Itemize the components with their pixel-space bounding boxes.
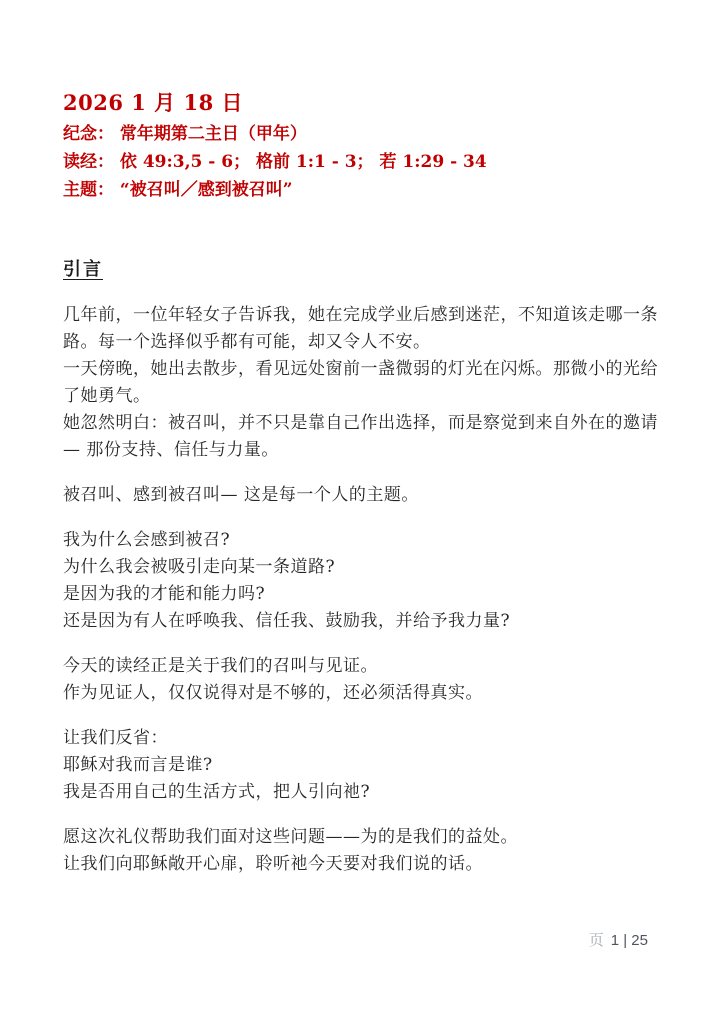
- intro-paragraph: 我为什么会感到被召? 为什么我会被吸引走向某一条道路? 是因为我的才能和能力吗?…: [63, 527, 665, 635]
- section-heading-text: 引言: [63, 259, 103, 280]
- document-page: 2026 1 月 18 日 纪念： 常年期第二主日（甲年） 读经： 依 49:3…: [0, 0, 724, 1024]
- intro-paragraph: 被召叫、感到被召叫— 这是每一个人的主题。: [63, 482, 665, 509]
- page-footer: 页1 | 25: [589, 931, 648, 951]
- section-heading-intro: 引言: [63, 256, 665, 283]
- intro-paragraph: 几年前，一位年轻女子告诉我，她在完成学业后感到迷茫，不知道该走哪一条 路。每一个…: [63, 302, 665, 464]
- intro-paragraph: 愿这次礼仪帮助我们面对这些问题——为的是我们的益处。 让我们向耶稣敞开心扉，聆听…: [63, 824, 665, 878]
- page-number-label: 页: [589, 932, 604, 949]
- page-number-value: 1 | 25: [611, 932, 648, 949]
- intro-paragraph: 今天的读经正是关于我们的召叫与见证。 作为见证人，仅仅说得对是不够的，还必须活得…: [63, 653, 665, 707]
- readings-line: 读经： 依 49:3,5 - 6； 格前 1:1 - 3； 若 1:29 - 3…: [63, 148, 665, 176]
- document-date: 2026 1 月 18 日: [63, 88, 665, 118]
- intro-paragraph: 让我们反省： 耶稣对我而言是谁? 我是否用自己的生活方式，把人引向祂?: [63, 725, 665, 806]
- theme-line: 主题： “被召叫／感到被召叫”: [63, 176, 665, 204]
- document-header: 2026 1 月 18 日 纪念： 常年期第二主日（甲年） 读经： 依 49:3…: [63, 88, 665, 204]
- memorial-line: 纪念： 常年期第二主日（甲年）: [63, 120, 665, 148]
- document-content: 2026 1 月 18 日 纪念： 常年期第二主日（甲年） 读经： 依 49:3…: [63, 88, 665, 896]
